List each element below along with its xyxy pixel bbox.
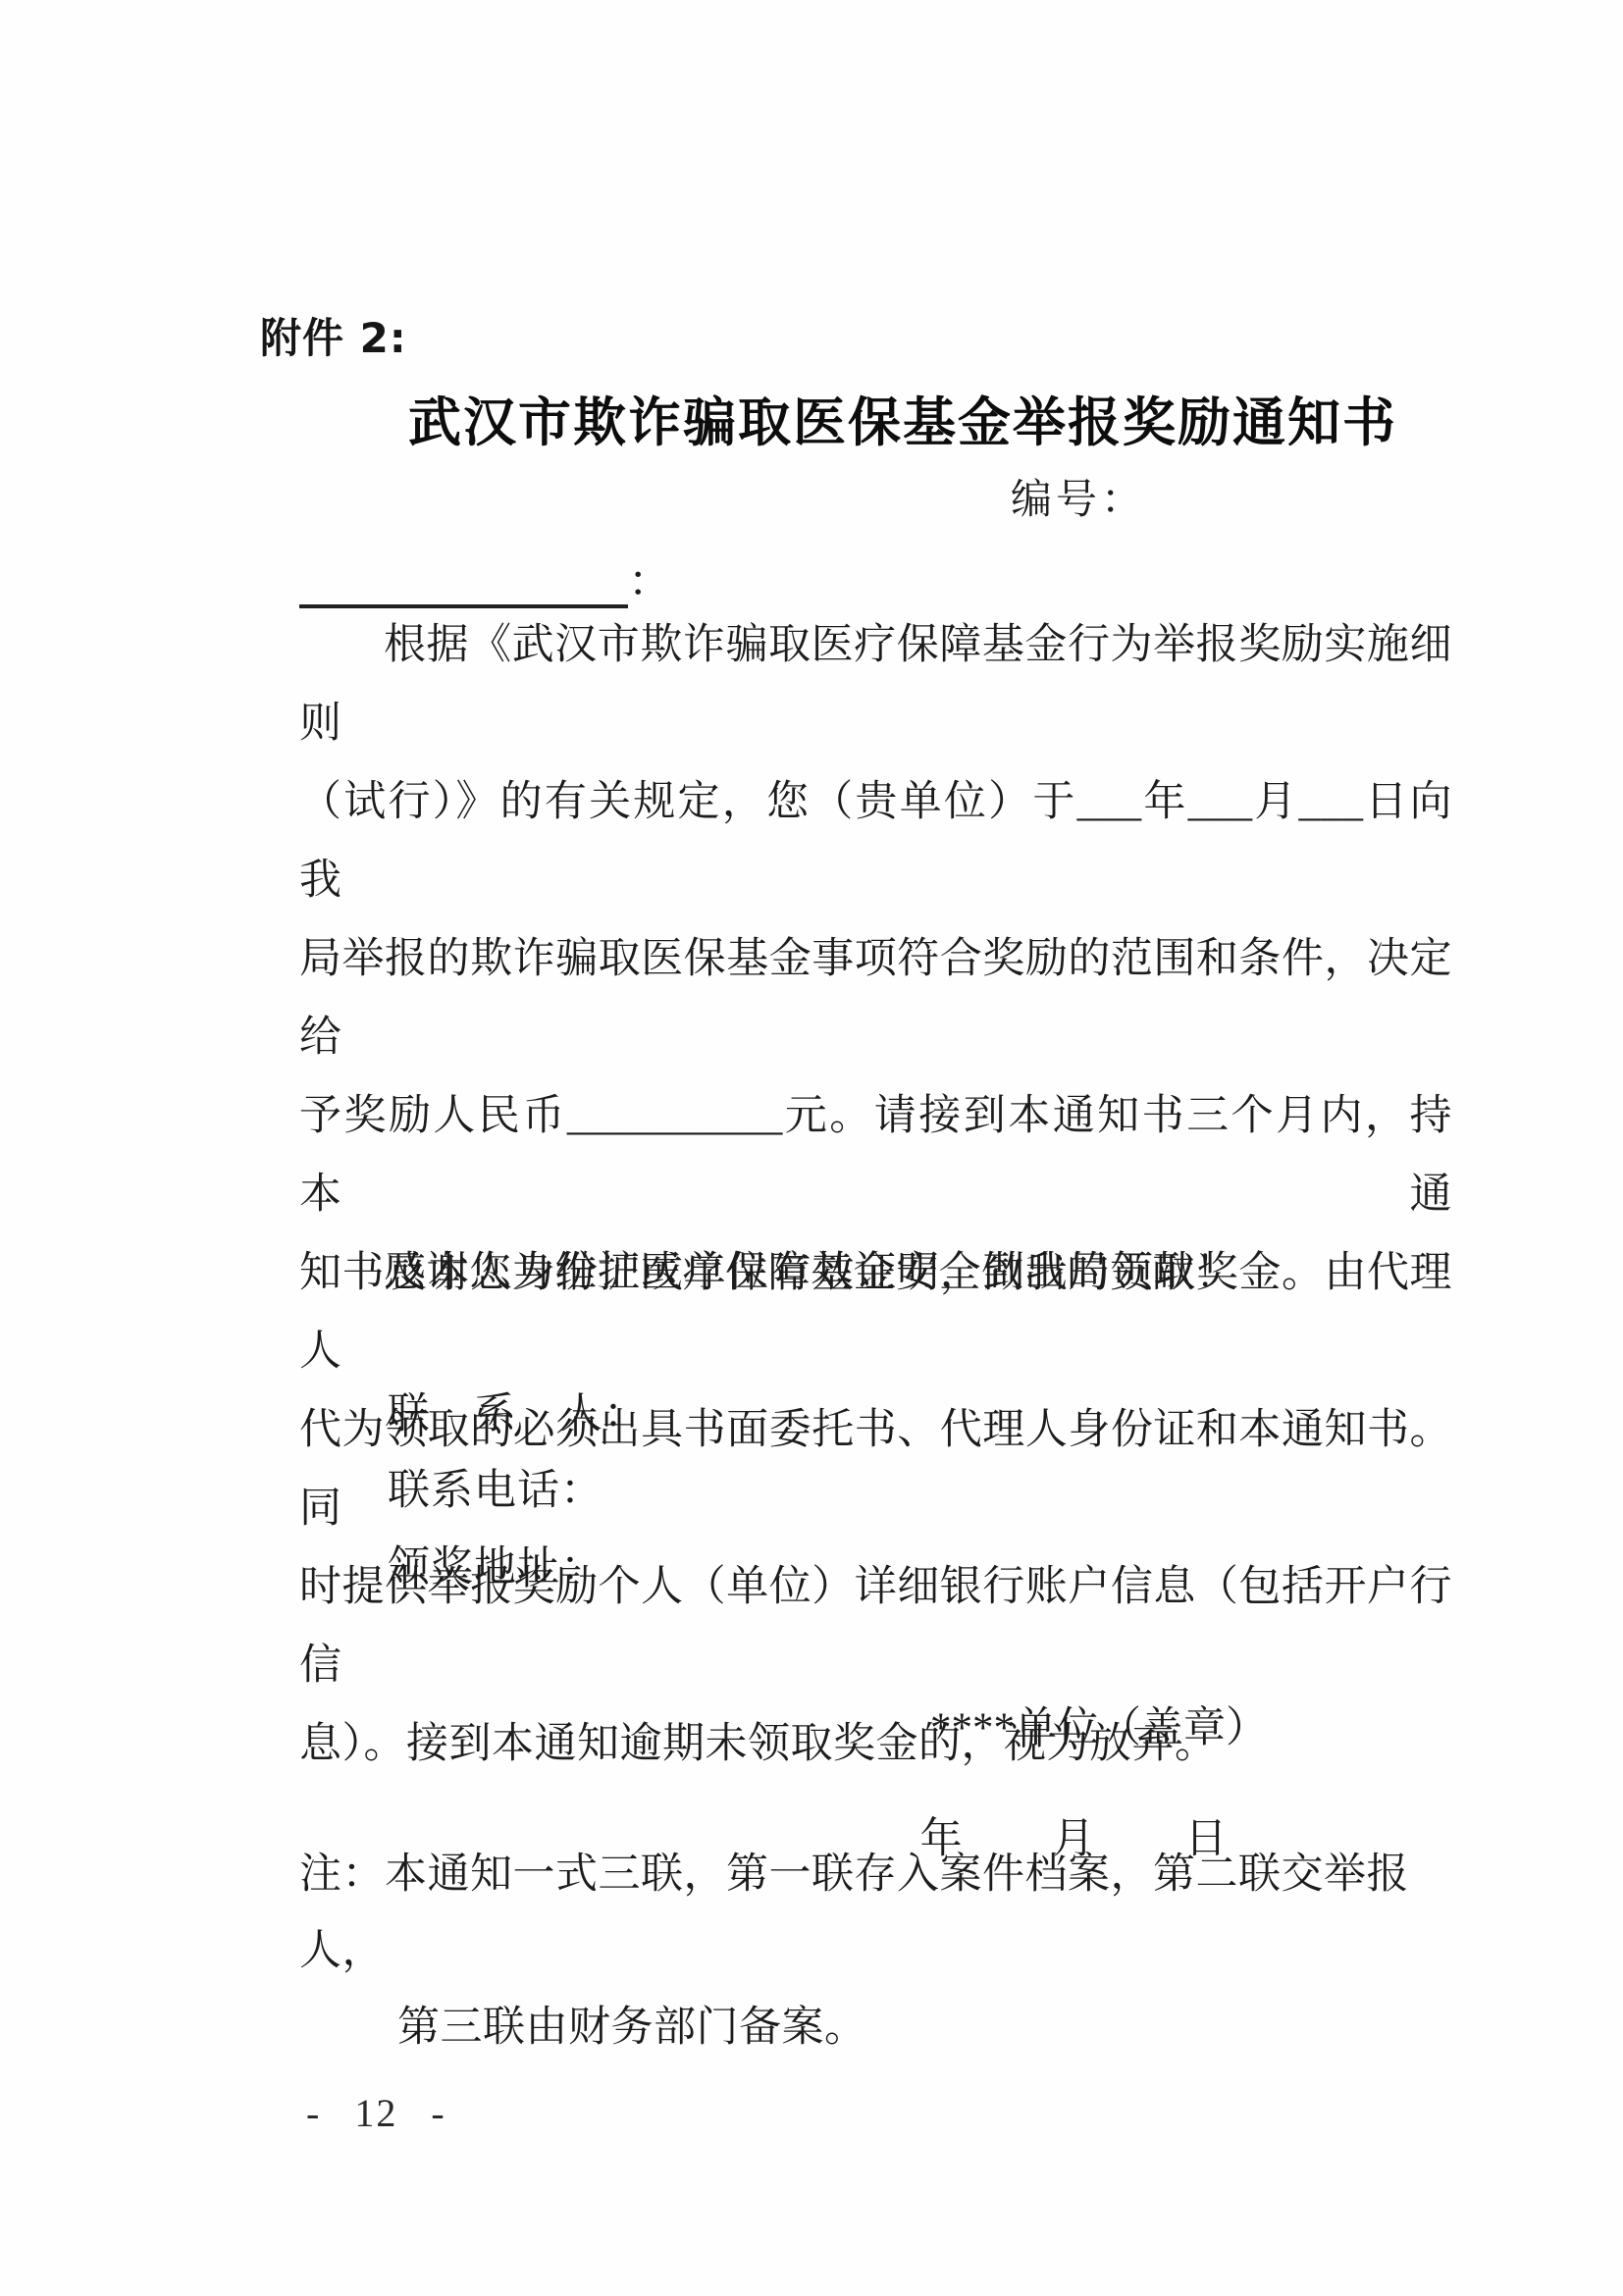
notice-body: 根据《武汉市欺诈骗取医疗保障基金行为举报奖励实施细则 （试行）》的有关规定，您（… <box>299 606 1452 1784</box>
signature-unit-line: ****单位（盖章） <box>864 1695 1335 1754</box>
footnote-line: 注：本通知一式三联，第一联存入案件档案，第二联交举报人， <box>299 1837 1462 1990</box>
addressee-colon: ： <box>628 557 671 605</box>
footnote-line: 第三联由财务部门备案。 <box>299 1990 1462 2066</box>
footnote-block: 注：本通知一式三联，第一联存入案件档案，第二联交举报人， 第三联由财务部门备案。 <box>299 1837 1462 2066</box>
contact-address-label: 领奖地址： <box>388 1530 647 1606</box>
contact-person-label: 联 系 人： <box>388 1377 647 1453</box>
attachment-label: 附件 2: <box>260 306 407 365</box>
page-number: - 12 - <box>306 2090 446 2136</box>
contact-phone-label: 联系电话： <box>388 1453 647 1530</box>
document-page: 附件 2: 武汉市欺诈骗取医保基金举报奖励通知书 编号： ： 根据《武汉市欺诈骗… <box>0 0 1623 2296</box>
document-title: 武汉市欺诈骗取医保基金举报奖励通知书 <box>304 381 1452 456</box>
body-line: 局举报的欺诈骗取医保基金事项符合奖励的范围和条件，决定给 <box>299 920 1452 1077</box>
body-line: （试行）》的有关规定，您（贵单位）于___年___月___日向我 <box>299 763 1452 920</box>
body-line: 予奖励人民币__________元。请接到本通知书三个月内，持本通 <box>299 1077 1452 1234</box>
addressee-blank-field <box>299 553 628 608</box>
contact-block: 联 系 人： 联系电话： 领奖地址： <box>388 1377 647 1606</box>
body-line: 根据《武汉市欺诈骗取医疗保障基金行为举报奖励实施细则 <box>299 606 1452 763</box>
doc-number-label: 编号： <box>1011 467 1146 526</box>
addressee-line: ： <box>299 546 671 606</box>
thanks-line: 感谢您为维护医疗保障基金安全做出的贡献！ <box>384 1234 1237 1313</box>
